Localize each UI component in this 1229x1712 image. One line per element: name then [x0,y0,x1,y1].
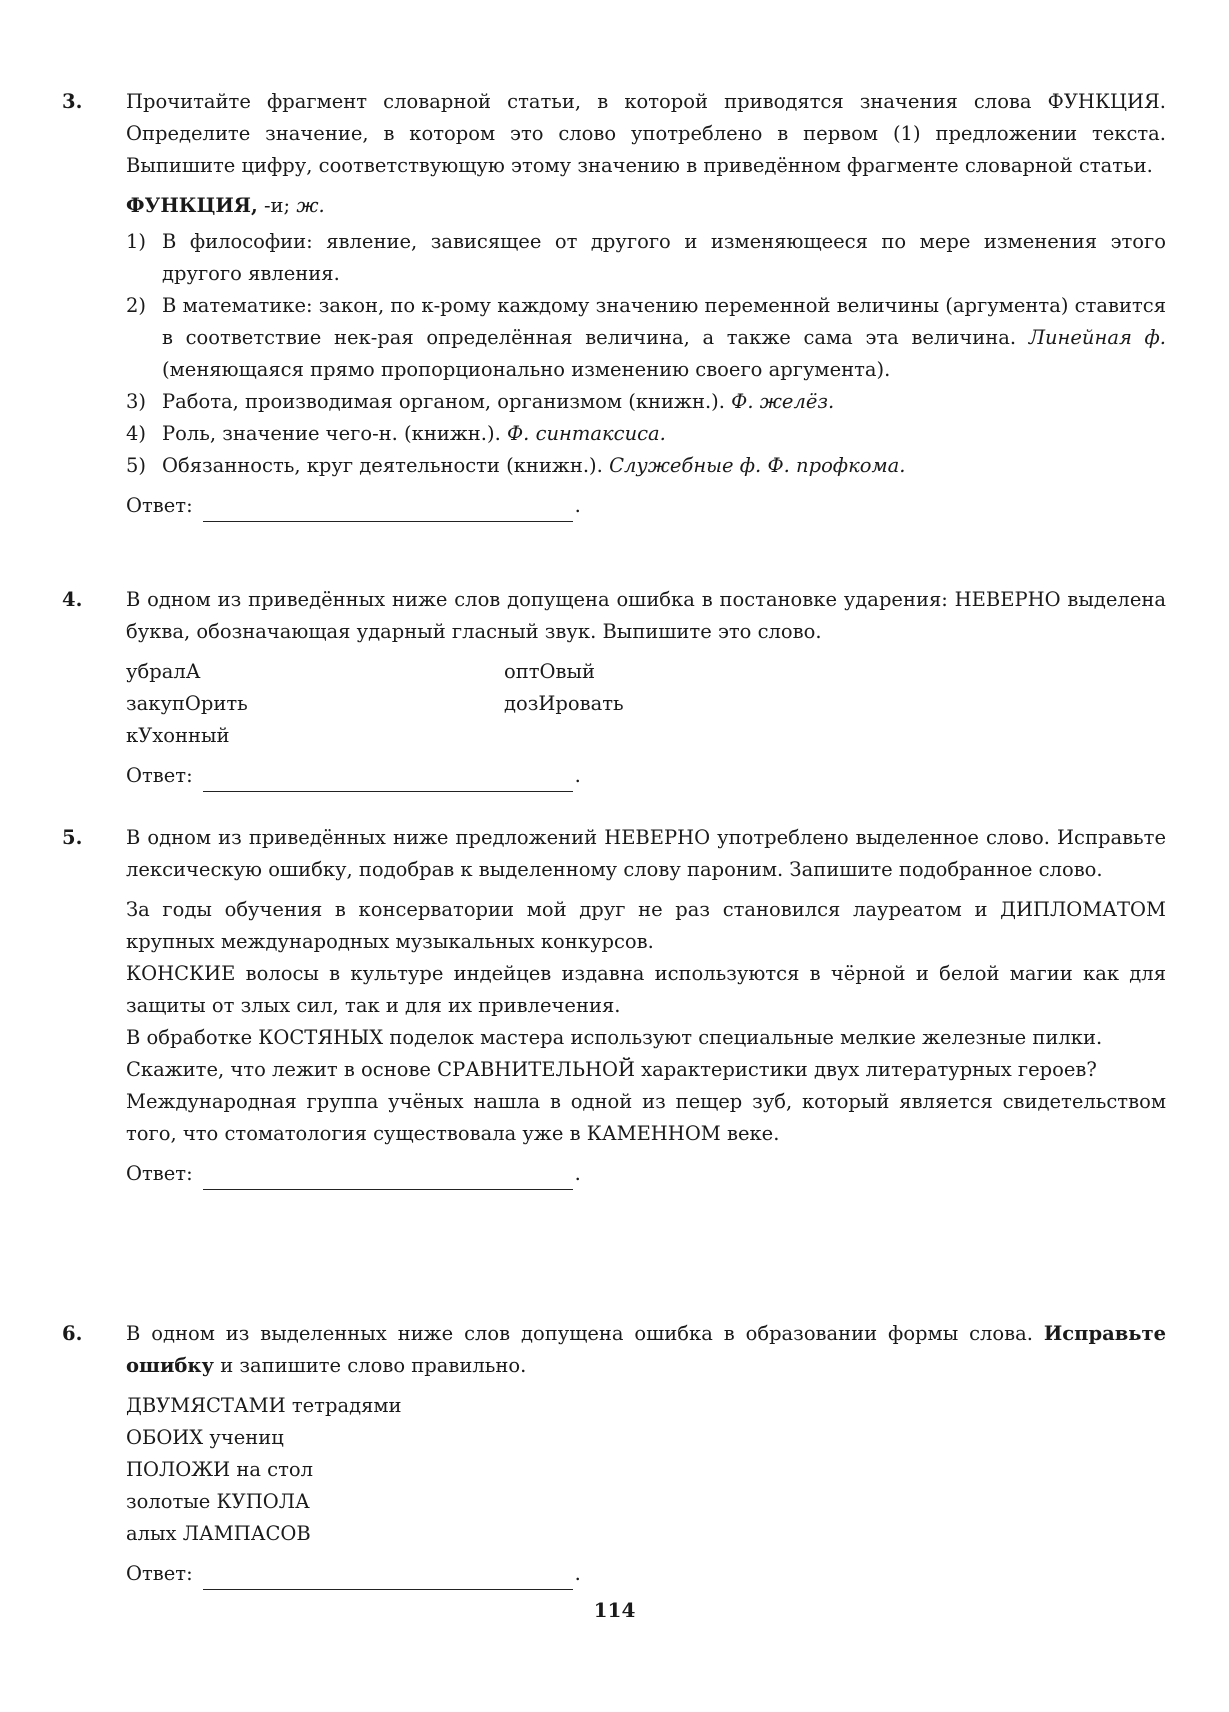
word-options: убралА закупОрить кУхонный оптОвый дозИр… [126,656,1166,752]
textbook-page: 3. Прочитайте фрагмент словарной статьи,… [0,0,1229,1712]
definition-1: 1)В философии: явление, зависящее от дру… [126,226,1166,290]
word-option: закупОрить [126,688,504,720]
task-prompt: В одном из приведённых ниже слов допущен… [126,584,1166,648]
sentence-2: КОНСКИЕ волосы в культуре индейцев издав… [126,958,1166,1022]
answer-line[interactable] [203,769,573,792]
answer-label: Ответ: [126,490,193,522]
definition-2: 2)В математике: закон, по к-рому каждому… [126,290,1166,386]
definition-5: 5)Обязанность, круг деятельности (книжн.… [126,450,1166,482]
task-prompt: В одном из приведённых ниже предложений … [126,822,1166,886]
answer-line[interactable] [203,1167,573,1190]
task-prompt: В одном из выделенных ниже слов допущена… [126,1318,1166,1382]
task-3: 3. Прочитайте фрагмент словарной статьи,… [62,86,1166,522]
answer-label: Ответ: [126,760,193,792]
page-number: 114 [0,1594,1229,1626]
answer-field-3[interactable]: Ответ: . [126,490,1166,522]
word-option: оптОвый [504,656,804,688]
answer-field-4[interactable]: Ответ: . [126,760,1166,792]
word-option: дозИровать [504,688,804,720]
answer-field-6[interactable]: Ответ: . [126,1558,1166,1590]
form-option: ДВУМЯСТАМИ тетрадями [126,1390,1166,1422]
sentence-4: Скажите, что лежит в основе СРАВНИТЕЛЬНО… [126,1054,1166,1086]
word-option: убралА [126,656,504,688]
sentence-1: За годы обучения в консерватории мой дру… [126,894,1166,958]
form-option: ПОЛОЖИ на стол [126,1454,1166,1486]
answer-label: Ответ: [126,1158,193,1190]
answer-field-5[interactable]: Ответ: . [126,1158,1166,1190]
task-4: 4. В одном из приведённых ниже слов допу… [62,584,1166,792]
definition-4: 4)Роль, значение чего-н. (книжн.). Ф. си… [126,418,1166,450]
grammar-note: -и; ж. [258,194,325,217]
task-prompt: Прочитайте фрагмент словарной статьи, в … [126,86,1166,182]
task-6: 6. В одном из выделенных ниже слов допущ… [62,1318,1166,1590]
task-number: 3. [62,86,102,118]
form-option: ОБОИХ учениц [126,1422,1166,1454]
form-option: алых ЛАМПАСОВ [126,1518,1166,1550]
definition-3: 3)Работа, производимая органом, организм… [126,386,1166,418]
headword: ФУНКЦИЯ, [126,194,258,217]
sentence-5: Международная группа учёных нашла в одно… [126,1086,1166,1150]
task-number: 5. [62,822,102,854]
sentence-3: В обработке КОСТЯНЫХ поделок мастера исп… [126,1022,1166,1054]
form-option: золотые КУПОЛА [126,1486,1166,1518]
answer-line[interactable] [203,1567,573,1590]
word-option: кУхонный [126,720,504,752]
dictionary-headword: ФУНКЦИЯ, -и; ж. [126,190,1166,222]
task-5: 5. В одном из приведённых ниже предложен… [62,822,1166,1190]
answer-line[interactable] [203,499,573,522]
task-number: 6. [62,1318,102,1350]
answer-label: Ответ: [126,1558,193,1590]
task-number: 4. [62,584,102,616]
